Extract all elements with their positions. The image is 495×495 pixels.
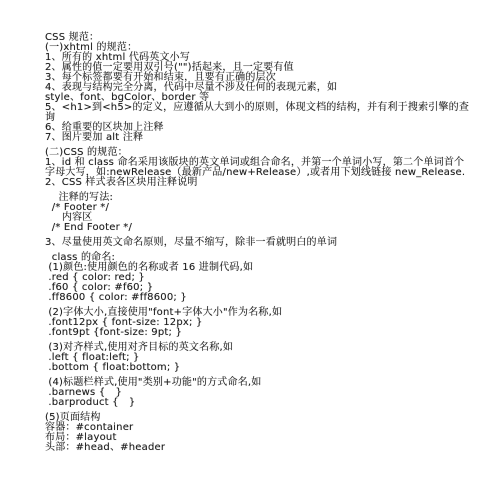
doc-line: 3、尽量使用英文命名原则，尽量不缩写，除非一看就明白的单词 (45, 238, 477, 248)
doc-line: /* End Footer */ (45, 223, 477, 233)
doc-line: .bottom { float:bottom; } (45, 363, 477, 373)
doc-line: 7、图片要加 alt 注释 (45, 133, 477, 143)
doc-line: .ff8600 { color: #ff8600; } (45, 293, 477, 303)
doc-line: 头部：#head、#header (45, 443, 477, 453)
document-page: CSS 规范： (一)xhtml 的规范： 1、所有的 xhtml 代码英文小写… (0, 0, 495, 495)
doc-line: 注释的写法: (45, 193, 477, 203)
doc-line: .font9pt {font-size: 9pt; } (45, 328, 477, 338)
doc-line: .barproduct { } (45, 398, 477, 408)
doc-line: /* Footer */ (45, 203, 477, 213)
doc-line: 2、CSS 样式表各区块用注释说明 (45, 178, 477, 188)
doc-line: 5、<h1>到<h5>的定义，应遵循从大到小的原则，体现文档的结构，并有利于搜索… (45, 103, 477, 113)
